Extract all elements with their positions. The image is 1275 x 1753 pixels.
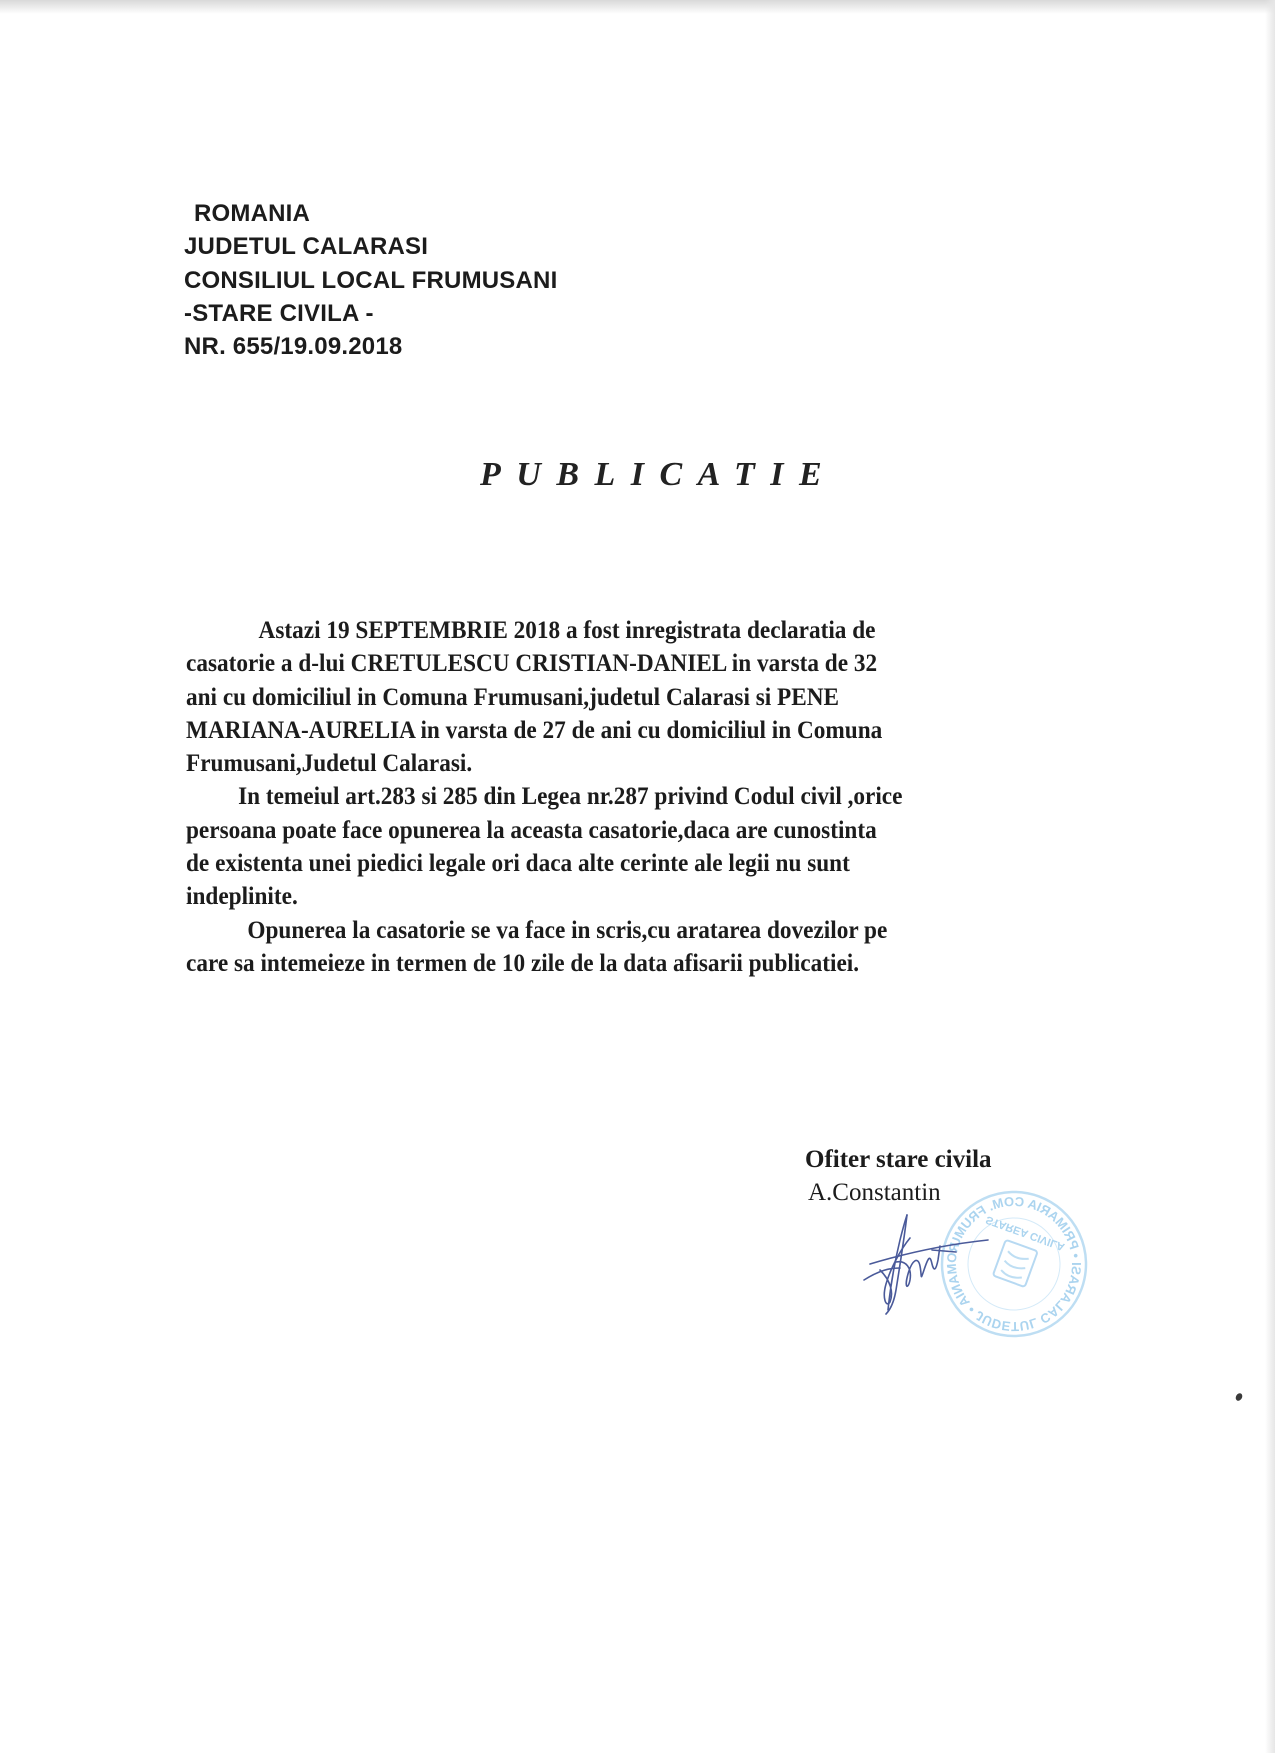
header-country: ROMANIA xyxy=(184,197,557,230)
coat-of-arms-icon xyxy=(993,1240,1038,1287)
signatory-title: Ofiter stare civila xyxy=(805,1146,992,1174)
scan-speck xyxy=(1234,1392,1243,1402)
body-line: MARIANA-AURELIA in varsta de 27 de ani c… xyxy=(186,714,1023,747)
body-line: In temeiul art.283 si 285 din Legea nr.2… xyxy=(186,780,1023,813)
body-line: casatorie a d-lui CRETULESCU CRISTIAN-DA… xyxy=(186,647,1023,680)
header-county: JUDETUL CALARASI xyxy=(184,230,557,263)
body-line: persoana poate face opunerea la aceasta … xyxy=(186,814,1023,847)
header-department: -STARE CIVILA - xyxy=(184,297,557,330)
body-line: Opunerea la casatorie se va face in scri… xyxy=(186,914,1023,947)
document-body: Astazi 19 SEPTEMBRIE 2018 a fost inregis… xyxy=(186,614,1086,980)
header-registration-number: NR. 655/19.09.2018 xyxy=(184,330,557,363)
body-line: Frumusani,Judetul Calarasi. xyxy=(186,747,1023,780)
body-line: indeplinite. xyxy=(186,880,1023,913)
body-line: care sa intemeieze in termen de 10 zile … xyxy=(186,947,1023,980)
scan-shadow-right xyxy=(1265,0,1275,1753)
signatory-name: A.Constantin xyxy=(808,1179,941,1207)
issuer-header: ROMANIA JUDETUL CALARASI CONSILIUL LOCAL… xyxy=(184,197,557,363)
body-line: de existenta unei piedici legale ori dac… xyxy=(186,847,1023,880)
document-title: PUBLICATIE xyxy=(480,456,837,494)
body-line: ani cu domiciliul in Comuna Frumusani,ju… xyxy=(186,681,1023,714)
scan-shadow-top xyxy=(0,0,1275,14)
handwritten-signature xyxy=(860,1210,990,1320)
body-line: Astazi 19 SEPTEMBRIE 2018 a fost inregis… xyxy=(186,614,1023,647)
header-council: CONSILIUL LOCAL FRUMUSANI xyxy=(184,264,557,297)
